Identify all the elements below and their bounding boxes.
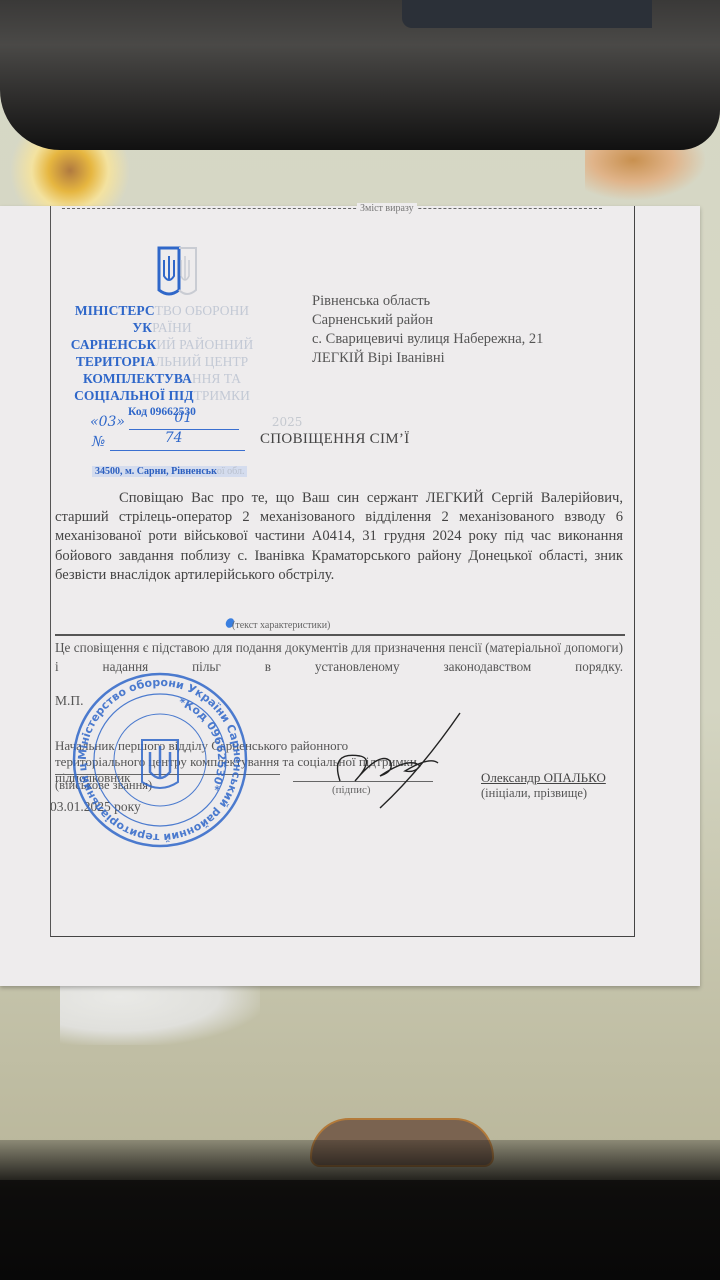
date-month: 01 — [174, 410, 192, 426]
date-month-line: 01 — [129, 415, 239, 430]
notification-body: Сповіщаю Вас про те, що Ваш син сержант … — [55, 489, 623, 585]
letterhead-number: № 74 — [92, 434, 245, 451]
letterhead-line-faded: РАЇНИ — [152, 320, 192, 335]
address-text-faded: ої обл. — [217, 466, 245, 477]
ukraine-trident-emblem-icon — [155, 244, 200, 302]
letterhead-line-faded: ЛЬНИЙ ЦЕНТР — [155, 354, 248, 369]
letterhead-line: МІНІСТЕРС — [75, 303, 155, 318]
letterhead-line-faded: ТВО ОБОРОНИ — [155, 303, 249, 318]
signer-name: Олександр ОПАЛЬКО — [481, 770, 606, 786]
date-day: «03» — [90, 414, 125, 430]
document-title: СПОВІЩЕННЯ СІМ’Ї — [260, 431, 410, 448]
letterhead-line: САРНЕНСЬК — [71, 337, 157, 352]
letterhead-line: СОЦІАЛЬНОЇ ПІД — [74, 388, 193, 403]
letterhead-line-faded: ННЯ ТА — [192, 371, 241, 386]
letterhead-address: 34500, м. Сарни, Рівненської обл. — [92, 466, 247, 477]
recipient-line: Рівненська область — [312, 292, 543, 311]
shadow-region — [0, 1140, 720, 1280]
letterhead-line: КОМПЛЕКТУВА — [83, 371, 192, 386]
letterhead-date: «03» 01 2025 — [90, 414, 302, 430]
date-year: 2025 — [272, 415, 303, 429]
number-label: № — [92, 434, 105, 450]
recipient-line: с. Сварицевичі вулиця Набережна, 21 — [312, 330, 543, 349]
address-text: 34500, м. Сарни, Рівненськ — [95, 466, 217, 477]
divider-rule — [55, 634, 625, 636]
characteristic-label: (текст характеристики) — [232, 620, 330, 631]
letterhead-line: УК — [132, 320, 152, 335]
letterhead-line-faded: ТРИМКИ — [194, 388, 250, 403]
letterhead-line: ТЕРИТОРІА — [76, 354, 155, 369]
number-line: 74 — [110, 434, 245, 451]
official-round-stamp-icon: Міністерство оборони України Сарненський… — [70, 670, 250, 850]
dark-case-tab — [402, 0, 652, 28]
tablecloth-pattern — [60, 985, 260, 1045]
letterhead-stamp: МІНІСТЕРСТВО ОБОРОНИ УКРАЇНИ САРНЕНСЬКИЙ… — [52, 302, 272, 421]
frame-top-dashed-line: Зміст виразу — [62, 208, 602, 209]
notification-document: Зміст виразу МІНІСТЕРСТВО ОБОРОНИ УКРАЇН… — [0, 206, 700, 986]
handwritten-signature — [320, 711, 470, 811]
recipient-line: Сарненський район — [312, 311, 543, 330]
recipient-line: ЛЕГКІЙ Вірі Іванівні — [312, 349, 543, 368]
recipient-address: Рівненська область Сарненський район с. … — [312, 292, 543, 368]
signer-name-label: (ініціали, прізвище) — [481, 786, 587, 801]
top-label: Зміст виразу — [357, 203, 417, 214]
letterhead-line-faded: ИЙ РАЙОННИЙ — [156, 337, 253, 352]
number-value: 74 — [165, 430, 183, 446]
